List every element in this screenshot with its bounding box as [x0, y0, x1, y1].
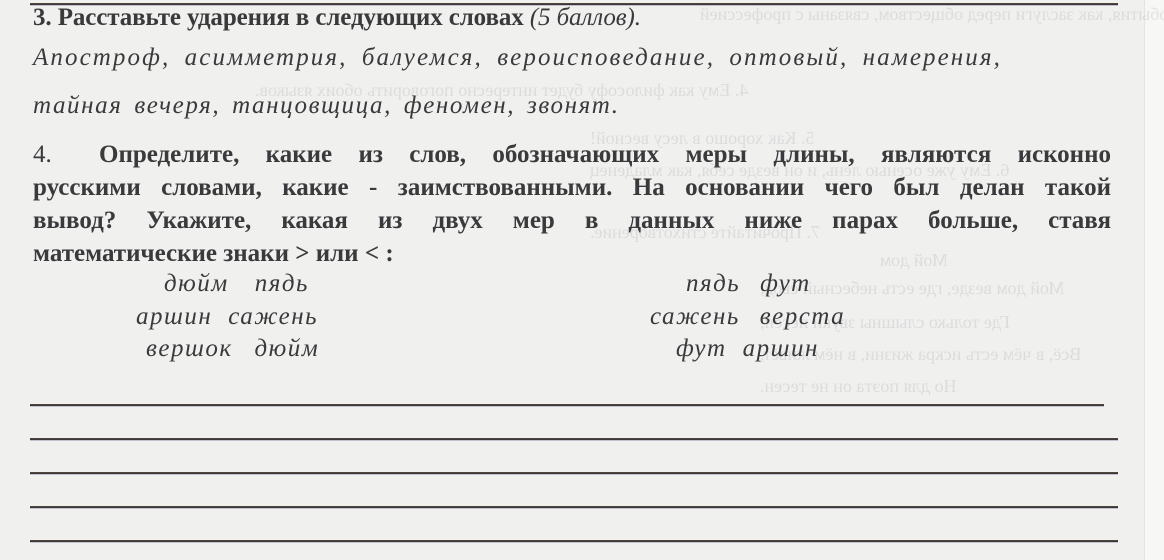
bleed-through-text: 3. Какие события, как заслуги перед обще… [700, 4, 1164, 25]
answer-line-1[interactable] [30, 404, 1104, 406]
task3-points: (5 баллов). [530, 4, 641, 31]
bleed-through-text: Но для поэта он не тесен. [760, 376, 956, 397]
task3-heading: 3. Расставьте ударения в следующих слова… [33, 4, 641, 32]
pair-left-1: дюймпядь [164, 270, 309, 298]
task4-number: 4. [33, 138, 99, 171]
pair-right-3: футаршин [676, 335, 819, 363]
task4-instructions: 4.Определите, какие из слов, обозначающи… [33, 138, 1111, 270]
answer-line-3[interactable] [30, 472, 1118, 474]
task3-words-line-2: тайная вечеря, танцовщица, феномен, звон… [33, 92, 620, 120]
task4-line-4: математические знаки > или < : [33, 237, 1111, 270]
task3-title: 3. Расставьте ударения в следующих слова… [33, 4, 530, 31]
task3-words-line-1: Апостроф, асимметрия, балуемся, вероиспо… [33, 44, 1002, 72]
page-edge [1144, 0, 1164, 560]
task4-line-1: 4.Определите, какие из слов, обозначающи… [33, 138, 1111, 171]
answer-line-4[interactable] [30, 506, 1118, 508]
pair-right-2: саженьверста [650, 303, 845, 331]
answer-line-2[interactable] [30, 438, 1118, 440]
task4-line-2: русскими словами, какие - заимствованным… [33, 171, 1111, 204]
task4-line-3: вывод? Укажите, какая из двух мер в данн… [33, 204, 1111, 237]
pair-left-2: аршинсажень [136, 303, 318, 331]
pair-left-3: вершокдюйм [146, 335, 319, 363]
pair-right-1: пядьфут [686, 270, 811, 298]
answer-line-5[interactable] [30, 540, 1118, 542]
